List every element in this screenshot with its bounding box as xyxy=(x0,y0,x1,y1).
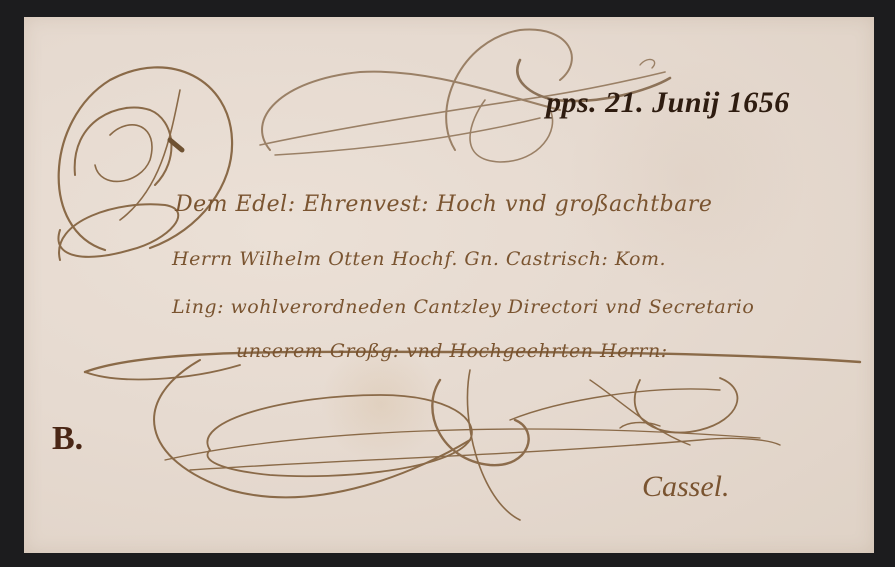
postal-mark: B. xyxy=(52,420,83,458)
address-line-4: unserem Großg: vnd Hochgeehrten Herrn: xyxy=(236,340,668,362)
destination-city: Cassel. xyxy=(642,470,730,504)
address-line-3: Ling: wohlverordneden Cantzley Directori… xyxy=(172,296,754,318)
address-line-1: Dem Edel: Ehrenvest: Hoch vnd großachtba… xyxy=(175,192,712,217)
address-line-2: Herrn Wilhelm Otten Hochf. Gn. Castrisch… xyxy=(172,248,666,270)
received-date-note: pps. 21. Junij 1656 xyxy=(546,86,790,120)
